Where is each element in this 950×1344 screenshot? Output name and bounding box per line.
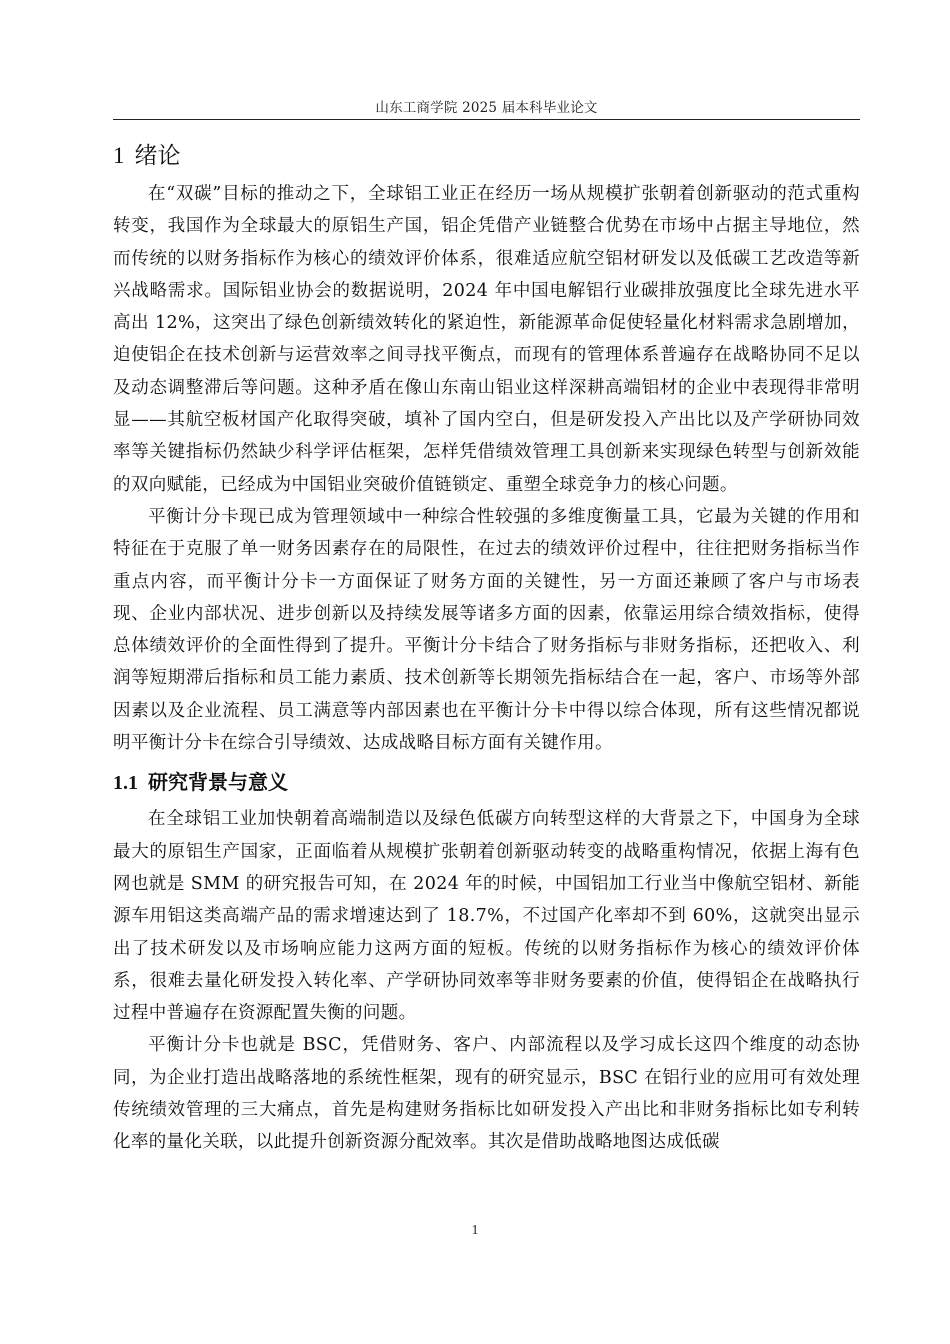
page-number: 1 — [0, 1222, 950, 1238]
chapter-title: 绪论 — [135, 143, 181, 169]
chapter-heading: 1绪论 — [113, 136, 860, 178]
running-header: 山东工商学院 2025 届本科毕业论文 — [113, 100, 860, 116]
paragraph-3: 在全球铝工业加快朝着高端制造以及绿色低碳方向转型这样的大背景之下，中国身为全球最… — [113, 803, 860, 1029]
header-rule — [113, 119, 860, 120]
section-heading: 1.1研究背景与意义 — [113, 759, 860, 803]
section-number: 1.1 — [113, 772, 138, 794]
paragraph-4: 平衡计分卡也就是 BSC，凭借财务、客户、内部流程以及学习成长这四个维度的动态协… — [113, 1029, 860, 1158]
document-page: 山东工商学院 2025 届本科毕业论文 1绪论 在“双碳”目标的推动之下，全球铝… — [0, 0, 950, 1344]
paragraph-1: 在“双碳”目标的推动之下，全球铝工业正在经历一场从规模扩张朝着创新驱动的范式重构… — [113, 178, 860, 501]
section-title: 研究背景与意义 — [148, 770, 288, 794]
paragraph-2: 平衡计分卡现已成为管理领域中一种综合性较强的多维度衡量工具，它最为关键的作用和特… — [113, 501, 860, 759]
page-content: 1绪论 在“双碳”目标的推动之下，全球铝工业正在经历一场从规模扩张朝着创新驱动的… — [113, 136, 860, 1159]
chapter-number: 1 — [113, 143, 125, 168]
